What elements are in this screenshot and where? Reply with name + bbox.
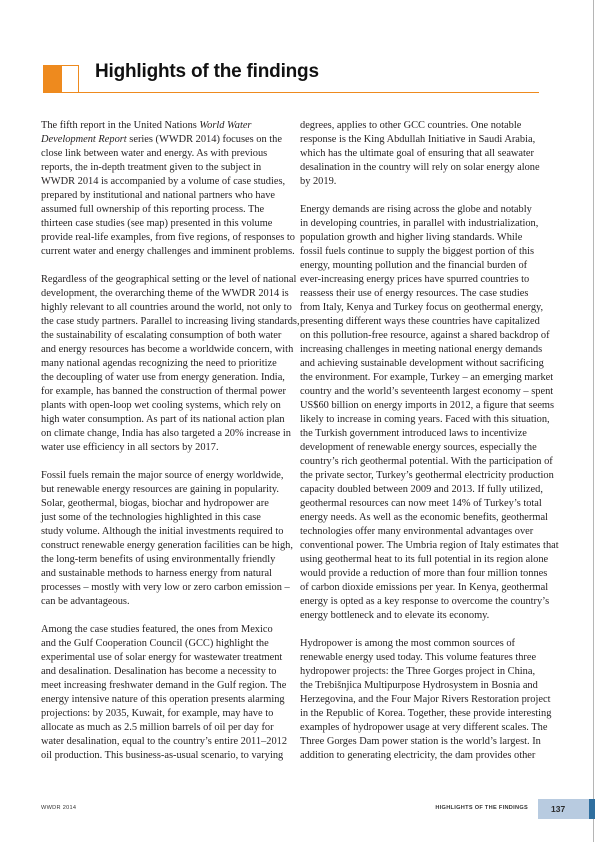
text-line: for example, has banned the construction… xyxy=(41,385,299,399)
text-run: but renewable energy resources are gaini… xyxy=(41,484,279,495)
text-line: the long-term benefits of using environm… xyxy=(41,553,299,567)
text-line: technologies offer many environmental ad… xyxy=(300,525,562,539)
text-run: in the Republic of Korea. Together, thes… xyxy=(300,708,551,719)
text-line: high water consumption. As part of its n… xyxy=(41,413,299,427)
text-run: energy intensive nature of this operatio… xyxy=(41,694,285,705)
section-marker-outline-top xyxy=(61,65,79,66)
text-run: and desalination. Desalination has becom… xyxy=(41,666,276,677)
text-run: provide real-life examples, from five re… xyxy=(41,232,295,243)
text-run: degrees, applies to other GCC countries.… xyxy=(300,120,521,131)
text-run: current water and energy challenges and … xyxy=(41,246,295,257)
paragraph: Hydropower is among the most common sour… xyxy=(300,637,562,763)
text-run: the private sector, Turkey’s geothermal … xyxy=(300,470,554,481)
text-run: the decoupling of water use from energy … xyxy=(41,372,285,383)
text-run: geothermal resources can now meet 14% of… xyxy=(300,498,542,509)
text-line: on climate change, India has also target… xyxy=(41,427,299,441)
text-line: examples of hydropower usage at very dif… xyxy=(300,721,562,735)
text-run: population growth and higher living stan… xyxy=(300,232,522,243)
text-run: fossil fuels continue to supply the bigg… xyxy=(300,246,534,257)
text-run: using geothermal heat to its full potent… xyxy=(300,554,548,565)
text-line: addition to generating electricity, the … xyxy=(300,749,562,763)
text-run: presenting different ways these countrie… xyxy=(300,316,540,327)
text-line: current water and energy challenges and … xyxy=(41,245,299,259)
text-line: projections: by 2035, Kuwait, for exampl… xyxy=(41,707,299,721)
text-line: the Trebišnjica Multipurpose Hydrosystem… xyxy=(300,679,562,693)
text-run: examples of hydropower usage at very dif… xyxy=(300,722,547,733)
text-run: renewable energy used today. This volume… xyxy=(300,652,536,663)
text-run: Three Gorges Dam power station is the wo… xyxy=(300,736,541,747)
page-title: Highlights of the findings xyxy=(95,61,319,83)
text-line: the case study partners. Parallel to inc… xyxy=(41,315,299,329)
text-run: The fifth report in the United Nations xyxy=(41,120,199,131)
text-run: energy is opted as a key response to ove… xyxy=(300,596,549,607)
text-run: water desalination, equal to the country… xyxy=(41,736,287,747)
text-run: study volume. Although the initial inves… xyxy=(41,526,283,537)
text-run: close link between water and energy. As … xyxy=(41,148,267,159)
text-run: Fossil fuels remain the major source of … xyxy=(41,470,284,481)
text-run: and sustainable methods to harness energ… xyxy=(41,568,272,579)
text-run: meet increasing freshwater demand in the… xyxy=(41,680,286,691)
text-run: processes – mostly with very low or zero… xyxy=(41,582,290,593)
text-line: would provide a reduction of more than f… xyxy=(300,567,562,581)
text-run: ever-increasing energy prices have spurr… xyxy=(300,274,529,285)
text-line: country and the world’s seventeenth larg… xyxy=(300,385,562,399)
text-line: Herzegovina, and the Four Major Rivers R… xyxy=(300,693,562,707)
text-run: prepared by institutional and national p… xyxy=(41,190,275,201)
text-line: allocate as much as 2.5 million barrels … xyxy=(41,721,299,735)
text-run: and the Gulf Cooperation Council (GCC) h… xyxy=(41,638,269,649)
text-line: reassess their use of energy resources. … xyxy=(300,287,562,301)
text-line: provide real-life examples, from five re… xyxy=(41,231,299,245)
text-line: plants with open-loop wet cooling system… xyxy=(41,399,299,413)
text-run: highly relevant to all countries around … xyxy=(41,302,292,313)
text-line: water use efficiency in all sectors by 2… xyxy=(41,441,299,455)
text-run: construct renewable energy generation fa… xyxy=(41,540,293,551)
text-line: ever-increasing energy prices have spurr… xyxy=(300,273,562,287)
text-line: processes – mostly with very low or zero… xyxy=(41,581,299,595)
text-line: energy is opted as a key response to ove… xyxy=(300,595,562,609)
paragraph: Regardless of the geographical setting o… xyxy=(41,273,299,455)
paragraph: degrees, applies to other GCC countries.… xyxy=(300,119,562,189)
italic-title: World Water xyxy=(199,120,251,131)
text-run: thirteen case studies (see map) presente… xyxy=(41,218,272,229)
text-run: US$60 billion on energy imports in 2012,… xyxy=(300,400,554,411)
text-line: assumed full ownership of this reporting… xyxy=(41,203,299,217)
text-line: of carbon dioxide emissions per year. In… xyxy=(300,581,562,595)
text-run: water use efficiency in all sectors by 2… xyxy=(41,442,219,453)
text-run: assumed full ownership of this reporting… xyxy=(41,204,264,215)
text-run: oil production. This business-as-usual s… xyxy=(41,750,283,761)
text-line: from Italy, Kenya and Turkey focus on ge… xyxy=(300,301,562,315)
text-line: Development Report series (WWDR 2014) fo… xyxy=(41,133,299,147)
text-line: the sustainability of escalating consump… xyxy=(41,329,299,343)
text-line: in the Republic of Korea. Together, thes… xyxy=(300,707,562,721)
italic-title: Development Report xyxy=(41,134,127,145)
body-column-right: degrees, applies to other GCC countries.… xyxy=(300,119,562,777)
text-line: the environment. For example, Turkey – a… xyxy=(300,371,562,385)
text-line: renewable energy used today. This volume… xyxy=(300,651,562,665)
text-run: conventional power. The Umbria region of… xyxy=(300,540,559,551)
text-run: capacity doubled between 2009 and 2013. … xyxy=(300,484,543,495)
text-run: hydropower projects: the Three Gorges pr… xyxy=(300,666,535,677)
text-line: experimental use of solar energy for was… xyxy=(41,651,299,665)
text-run: the Turkish government introduced laws t… xyxy=(300,428,527,439)
text-run: Energy demands are rising across the glo… xyxy=(300,204,532,215)
text-run: many national agendas recognizing the ne… xyxy=(41,358,277,369)
text-run: would provide a reduction of more than f… xyxy=(300,568,547,579)
text-line: prepared by institutional and national p… xyxy=(41,189,299,203)
text-line: oil production. This business-as-usual s… xyxy=(41,749,299,763)
text-line: using geothermal heat to its full potent… xyxy=(300,553,562,567)
text-line: many national agendas recognizing the ne… xyxy=(41,357,299,371)
text-line: the private sector, Turkey’s geothermal … xyxy=(300,469,562,483)
text-line: WWDR 2014 is accompanied by a volume of … xyxy=(41,175,299,189)
footer-section-label: HIGHLIGHTS OF THE FINDINGS xyxy=(435,805,528,811)
text-line: Energy demands are rising across the glo… xyxy=(300,203,562,217)
text-line: energy, mounting pollution and the finan… xyxy=(300,259,562,273)
text-run: the long-term benefits of using environm… xyxy=(41,554,275,565)
paragraph: The fifth report in the United Nations W… xyxy=(41,119,299,259)
text-line: and desalination. Desalination has becom… xyxy=(41,665,299,679)
text-run: in developing countries, in parallel wit… xyxy=(300,218,538,229)
page-edge-rule xyxy=(593,0,594,842)
text-line: capacity doubled between 2009 and 2013. … xyxy=(300,483,562,497)
text-run: development of renewable energy sources,… xyxy=(300,442,537,453)
text-line: country’s rich geothermal potential. Wit… xyxy=(300,455,562,469)
text-run: plants with open-loop wet cooling system… xyxy=(41,400,281,411)
text-line: thirteen case studies (see map) presente… xyxy=(41,217,299,231)
text-run: country and the world’s seventeenth larg… xyxy=(300,386,553,397)
text-run: the case study partners. Parallel to inc… xyxy=(41,316,300,327)
text-run: energy, mounting pollution and the finan… xyxy=(300,260,527,271)
text-line: population growth and higher living stan… xyxy=(300,231,562,245)
text-line: study volume. Although the initial inves… xyxy=(41,525,299,539)
text-line: energy bottleneck and to elevate its eco… xyxy=(300,609,562,623)
text-line: just some of the technologies highlighte… xyxy=(41,511,299,525)
text-run: high water consumption. As part of its n… xyxy=(41,414,285,425)
text-run: on this pollution-free resource, against… xyxy=(300,330,550,341)
text-run: projections: by 2035, Kuwait, for exampl… xyxy=(41,708,273,719)
text-run: experimental use of solar energy for was… xyxy=(41,652,282,663)
paragraph: Energy demands are rising across the glo… xyxy=(300,203,562,623)
text-run: by 2019. xyxy=(300,176,336,187)
page-number: 137 xyxy=(538,799,589,819)
text-run: just some of the technologies highlighte… xyxy=(41,512,261,523)
text-line: on this pollution-free resource, against… xyxy=(300,329,562,343)
text-run: reassess their use of energy resources. … xyxy=(300,288,528,299)
text-line: development, the overarching theme of th… xyxy=(41,287,299,301)
text-line: degrees, applies to other GCC countries.… xyxy=(300,119,562,133)
text-run: Among the case studies featured, the one… xyxy=(41,624,273,635)
header-underline xyxy=(62,92,539,93)
text-line: construct renewable energy generation fa… xyxy=(41,539,299,553)
text-line: and the Gulf Cooperation Council (GCC) h… xyxy=(41,637,299,651)
text-line: Among the case studies featured, the one… xyxy=(41,623,299,637)
text-run: on climate change, India has also target… xyxy=(41,428,291,439)
paragraph: Fossil fuels remain the major source of … xyxy=(41,469,299,609)
text-line: increasing challenges in meeting nationa… xyxy=(300,343,562,357)
text-line: desalination in the country will rely on… xyxy=(300,161,562,175)
text-line: close link between water and energy. As … xyxy=(41,147,299,161)
text-run: desalination in the country will rely on… xyxy=(300,162,540,173)
page-edge-tab xyxy=(589,799,595,819)
text-line: likely to increase in coming years. Face… xyxy=(300,413,562,427)
body-column-left: The fifth report in the United Nations W… xyxy=(41,119,299,777)
text-line: reports, the in-depth treatment given to… xyxy=(41,161,299,175)
text-run: the Trebišnjica Multipurpose Hydrosystem… xyxy=(300,680,538,691)
text-line: Regardless of the geographical setting o… xyxy=(41,273,299,287)
text-line: hydropower projects: the Three Gorges pr… xyxy=(300,665,562,679)
footer-publication-label: WWDR 2014 xyxy=(41,805,76,811)
text-line: meet increasing freshwater demand in the… xyxy=(41,679,299,693)
text-line: water desalination, equal to the country… xyxy=(41,735,299,749)
text-run: for example, has banned the construction… xyxy=(41,386,286,397)
text-run: from Italy, Kenya and Turkey focus on ge… xyxy=(300,302,543,313)
text-run: WWDR 2014 is accompanied by a volume of … xyxy=(41,176,285,187)
text-line: US$60 billion on energy imports in 2012,… xyxy=(300,399,562,413)
text-run: country’s rich geothermal potential. Wit… xyxy=(300,456,553,467)
text-run: addition to generating electricity, the … xyxy=(300,750,535,761)
text-line: the decoupling of water use from energy … xyxy=(41,371,299,385)
text-run: likely to increase in coming years. Face… xyxy=(300,414,550,425)
text-line: energy needs. As well as the economic be… xyxy=(300,511,562,525)
text-line: Hydropower is among the most common sour… xyxy=(300,637,562,651)
text-run: and achieving sustainable development wi… xyxy=(300,358,544,369)
text-line: which has the ultimate goal of ensuring … xyxy=(300,147,562,161)
text-line: development of renewable energy sources,… xyxy=(300,441,562,455)
text-run: which has the ultimate goal of ensuring … xyxy=(300,148,534,159)
text-run: response is the King Abdullah Initiative… xyxy=(300,134,535,145)
text-line: conventional power. The Umbria region of… xyxy=(300,539,562,553)
text-line: and energy resources has become a worldw… xyxy=(41,343,299,357)
text-run: Herzegovina, and the Four Major Rivers R… xyxy=(300,694,550,705)
text-line: the Turkish government introduced laws t… xyxy=(300,427,562,441)
text-run: Hydropower is among the most common sour… xyxy=(300,638,515,649)
section-marker-icon xyxy=(43,65,62,93)
text-line: response is the King Abdullah Initiative… xyxy=(300,133,562,147)
text-run: series (WWDR 2014) focuses on the xyxy=(127,134,282,145)
text-run: increasing challenges in meeting nationa… xyxy=(300,344,542,355)
text-line: presenting different ways these countrie… xyxy=(300,315,562,329)
text-line: can be advantageous. xyxy=(41,595,299,609)
text-run: energy bottleneck and to elevate its eco… xyxy=(300,610,489,621)
text-line: and achieving sustainable development wi… xyxy=(300,357,562,371)
paragraph: Among the case studies featured, the one… xyxy=(41,623,299,763)
text-line: in developing countries, in parallel wit… xyxy=(300,217,562,231)
text-run: energy needs. As well as the economic be… xyxy=(300,512,548,523)
text-run: development, the overarching theme of th… xyxy=(41,288,289,299)
text-line: and sustainable methods to harness energ… xyxy=(41,567,299,581)
text-line: but renewable energy resources are gaini… xyxy=(41,483,299,497)
text-run: and energy resources has become a worldw… xyxy=(41,344,293,355)
text-run: Regardless of the geographical setting o… xyxy=(41,274,296,285)
text-line: fossil fuels continue to supply the bigg… xyxy=(300,245,562,259)
text-run: technologies offer many environmental ad… xyxy=(300,526,533,537)
text-run: allocate as much as 2.5 million barrels … xyxy=(41,722,274,733)
text-line: geothermal resources can now meet 14% of… xyxy=(300,497,562,511)
text-run: reports, the in-depth treatment given to… xyxy=(41,162,261,173)
text-run: the environment. For example, Turkey – a… xyxy=(300,372,553,383)
text-line: The fifth report in the United Nations W… xyxy=(41,119,299,133)
text-run: the sustainability of escalating consump… xyxy=(41,330,281,341)
text-run: can be advantageous. xyxy=(41,596,130,607)
text-line: Solar, geothermal, biogas, biochar and h… xyxy=(41,497,299,511)
text-line: Three Gorges Dam power station is the wo… xyxy=(300,735,562,749)
text-line: energy intensive nature of this operatio… xyxy=(41,693,299,707)
text-line: by 2019. xyxy=(300,175,562,189)
text-line: highly relevant to all countries around … xyxy=(41,301,299,315)
text-line: Fossil fuels remain the major source of … xyxy=(41,469,299,483)
text-run: Solar, geothermal, biogas, biochar and h… xyxy=(41,498,269,509)
text-run: of carbon dioxide emissions per year. In… xyxy=(300,582,548,593)
section-marker-outline-side xyxy=(78,65,79,93)
